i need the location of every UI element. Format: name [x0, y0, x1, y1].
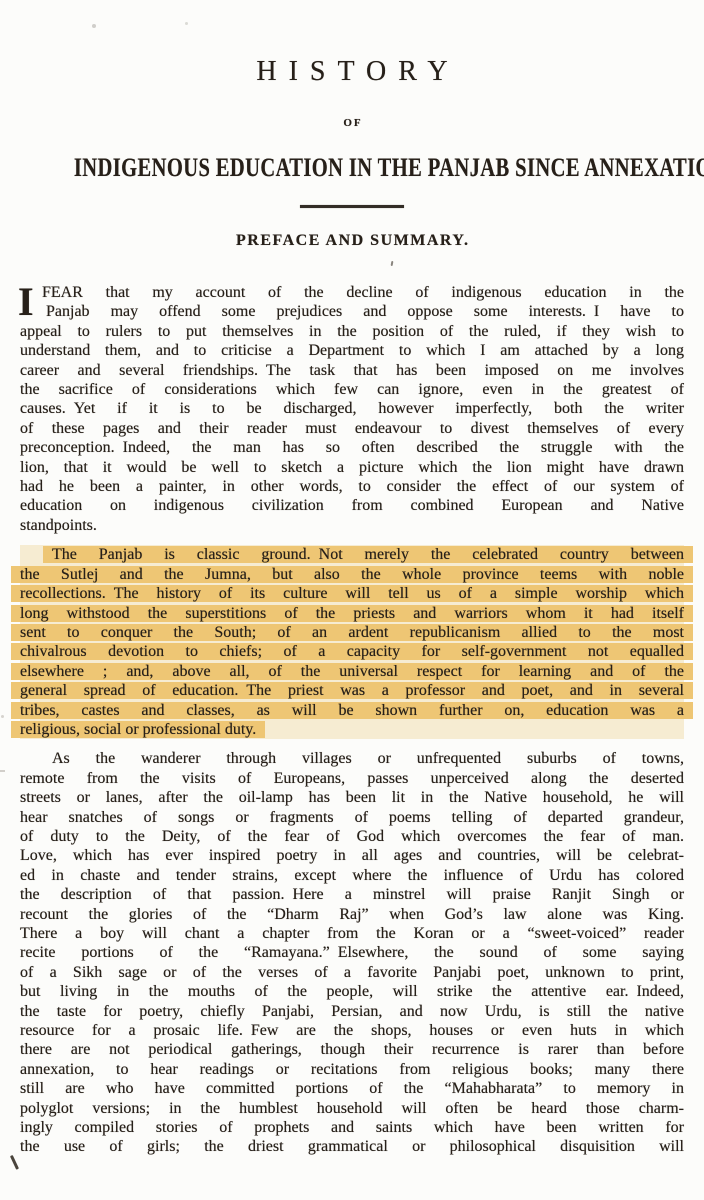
text-line: of duty to the Deity, of the fear of God… [20, 827, 684, 846]
highlight-span: The Panjab is classic ground. Not merely… [43, 546, 693, 563]
text-line: hear snatches of songs or fragments of p… [20, 808, 684, 827]
paragraph-highlighted: The Panjab is classic ground. Not merely… [20, 545, 684, 739]
highlighted-line: sent to conquer the South; of an ardent … [20, 623, 684, 642]
text-line: recite portions of the “Ramayana.” Elsew… [20, 943, 684, 962]
highlighted-line: elsewhere ; and, above all, of the unive… [20, 662, 684, 681]
text-line: understand them, and to criticise a Depa… [20, 341, 684, 360]
text-line: annexation, to hear readings or recitati… [20, 1060, 684, 1079]
text-line: Love, which has ever inspired poetry in … [20, 846, 684, 865]
drop-cap-initial: I [18, 285, 34, 319]
text-line: resource for a prosaic life. Few are the… [20, 1021, 684, 1040]
text-line: standpoints. [20, 516, 684, 535]
scan-speckle [185, 22, 188, 25]
scan-speckle [391, 261, 394, 266]
section-heading: PREFACE AND SUMMARY. [0, 232, 704, 250]
text-line: ingly compiled stories of prophets and s… [20, 1118, 684, 1137]
text-line: polyglot versions; in the humblest house… [20, 1099, 684, 1118]
scan-speckle [0, 770, 5, 772]
highlighted-line: chivalrous devotion to chiefs; of a capa… [20, 642, 684, 661]
text-line: preconception. Indeed, the man has so of… [20, 438, 684, 457]
text-line: appeal to rulers to put themselves in th… [20, 322, 684, 341]
highlighted-line: the Sutlej and the Jumna, but also the w… [20, 565, 684, 584]
highlighted-line: recollections. The history of its cultur… [20, 584, 684, 603]
text-line: had he been a painter, in other words, t… [20, 477, 684, 496]
scan-speckle [1, 715, 4, 718]
text-line: there are not periodical gatherings, tho… [20, 1040, 684, 1059]
highlight-span: chivalrous devotion to chiefs; of a capa… [11, 643, 693, 660]
text-line: streets or lanes, after the oil-lamp has… [20, 788, 684, 807]
highlight-span: the Sutlej and the Jumna, but also the w… [11, 566, 693, 583]
highlighted-line: The Panjab is classic ground. Not merely… [20, 545, 684, 564]
title-of-label: OF [0, 117, 704, 129]
highlighted-line: long withstood the superstitions of the … [20, 604, 684, 623]
text-line: the use of girls; the driest grammatical… [20, 1137, 684, 1156]
highlight-span: tribes, castes and classes, as will be s… [11, 702, 693, 719]
highlighted-line: religious, social or professional duty. [20, 720, 684, 739]
text-line: causes. Yet if it is to be discharged, h… [20, 399, 684, 418]
text-line: ed in chaste and tender strains, except … [20, 866, 684, 885]
text-line: of a Sikh sage or of the verses of a fav… [20, 963, 684, 982]
text-line: Panjab may offend some prejudices and op… [20, 302, 684, 321]
text-line: but living in the mouths of the people, … [20, 982, 684, 1001]
text-line: the description of that passion. Here a … [20, 885, 684, 904]
stray-pen-mark [10, 1155, 19, 1170]
text-line: of these pages and their reader must end… [20, 419, 684, 438]
paragraph-opening: I FEAR that my account of the decline of… [20, 283, 684, 535]
scanned-book-page: HISTORY OF INDIGENOUS EDUCATION IN THE P… [0, 0, 704, 1200]
text-line: the taste for poetry, chiefly Panjabi, P… [20, 1002, 684, 1021]
page-body: I FEAR that my account of the decline of… [20, 283, 684, 1157]
text-line: the sacrifice of considerations which fe… [20, 380, 684, 399]
text-line: There a boy will chant a chapter from th… [20, 924, 684, 943]
highlight-span: long withstood the superstitions of the … [11, 605, 693, 622]
highlight-span: general spread of education. The priest … [11, 682, 693, 699]
highlight-span: sent to conquer the South; of an ardent … [11, 624, 693, 641]
text-line: FEAR that my account of the decline of i… [20, 283, 684, 302]
paragraph-wanderer: As the wanderer through villages or unfr… [20, 749, 684, 1157]
text-line: still are who have committed portions of… [20, 1079, 684, 1098]
text-line: recount the glories of the “Dharm Raj” w… [20, 905, 684, 924]
book-subtitle: INDIGENOUS EDUCATION IN THE PANJAB SINCE… [74, 153, 630, 183]
highlighted-line: general spread of education. The priest … [20, 681, 684, 700]
highlight-span: religious, social or professional duty. [11, 721, 265, 738]
text-line: remote from the visits of Europeans, pas… [20, 769, 684, 788]
page-header: HISTORY OF INDIGENOUS EDUCATION IN THE P… [0, 0, 704, 250]
highlighted-line: tribes, castes and classes, as will be s… [20, 701, 684, 720]
book-title: HISTORY [0, 0, 704, 88]
text-line: lion, that it would be well to sketch a … [20, 458, 684, 477]
text-line: education on indigenous civilization fro… [20, 496, 684, 515]
text-line: As the wanderer through villages or unfr… [20, 749, 684, 768]
text-line: career and several friendships. The task… [20, 361, 684, 380]
highlight-span: recollections. The history of its cultur… [11, 585, 693, 602]
title-divider-rule [300, 205, 404, 208]
highlight-span: elsewhere ; and, above all, of the unive… [11, 663, 693, 680]
scan-speckle [92, 24, 96, 28]
